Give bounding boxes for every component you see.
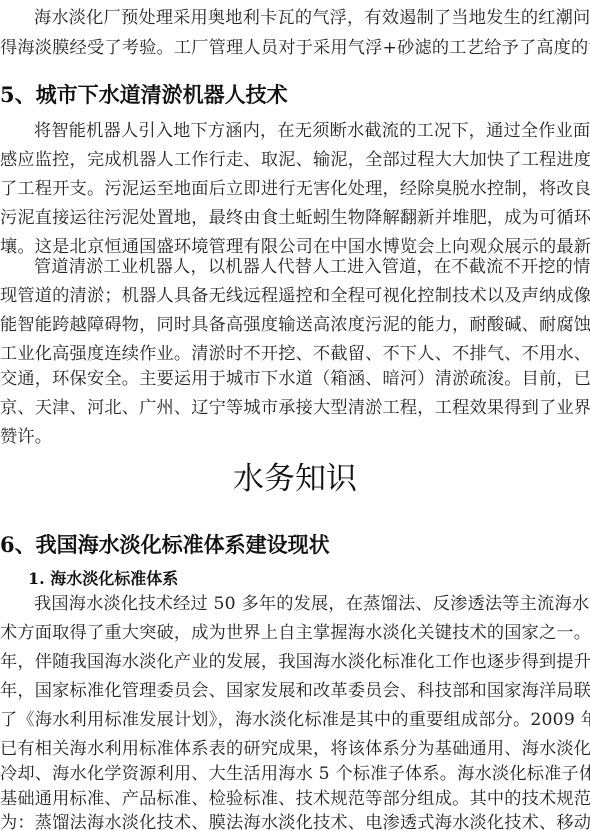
section-5-para-2-line-6: 京、天津、河北、广州、辽宁等城市承接大型清淤工程，工程效果得到了业界认可和 — [0, 398, 590, 418]
column-title: 水务知识 — [0, 460, 590, 498]
section-6-subheading: 1. 海水淡化标准体系 — [28, 569, 178, 589]
section-5-para-2-line-5: 交通，环保安全。主要运用于城市下水道（箱涵、暗河）清淤疏浚。目前，已经在北 — [0, 369, 590, 389]
section-5-para-1-line-4: 污泥直接运往污泥处置地，最终由食土蚯蚓生物降解翻新并堆肥，成为可循环利用土 — [0, 208, 590, 228]
section-5-para-2-line-1: 管道清淤工业机器人，以机器人代替人工进入管道，在不截流不开挖的情况下实 — [34, 257, 590, 277]
section-5-para-1-line-1: 将智能机器人引入地下方涵内，在无须断水截流的工况下，通过全作业面视频及 — [34, 121, 590, 141]
intro-line-2: 得海淡膜经受了考验。工厂管理人员对于采用气浮+砂滤的工艺给予了高度的评价。 — [0, 38, 590, 58]
section-5-para-2-line-2: 现管道的清淤；机器人具备无线远程遥控和全程可视化控制技术以及声纳成像技术， — [0, 286, 590, 306]
section-6-para-line-3: 年，伴随我国海水淡化产业的发展，我国海水淡化标准化工作也逐步得到提升。2006 — [0, 652, 590, 672]
section-6-para-line-1: 我国海水淡化技术经过 50 多年的发展，在蒸馏法、反渗透法等主流海水淡化技 — [34, 594, 590, 614]
section-6-para-line-5: 了《海水利用标准发展计划》，海水淡化标准是其中的重要组成部分。2009 年以来， — [0, 710, 590, 730]
section-6-heading: 6、我国海水淡化标准体系建设现状 — [0, 532, 330, 558]
section-5-heading: 5、城市下水道清淤机器人技术 — [0, 82, 288, 108]
section-5-para-2-line-4: 工业化高强度连续作业。清淤时不开挖、不截留、不下人、不排气、不用水、不影响 — [0, 344, 590, 364]
section-6-para-line-4: 年，国家标准化管理委员会、国家发展和改革委员会、科技部和国家海洋局联合发布 — [0, 681, 590, 701]
section-5-para-1-line-2: 感应监控，完成机器人工作行走、取泥、输泥，全部过程大大加快了工程进度，节约 — [0, 150, 590, 170]
document-page: 海水淡化厂预处理采用奥地利卡瓦的气浮，有效遏制了当地发生的红潮问题，使 得海淡膜… — [0, 0, 590, 831]
section-5-para-2-line-3: 能智能跨越障碍物，同时具备高强度输送高浓度污泥的能力，耐酸碱、耐腐蚀，实现 — [0, 315, 590, 335]
section-5-para-2-line-7: 赞许。 — [0, 427, 590, 447]
section-5-para-1-line-5: 壤。这是北京恒通国盛环境管理有限公司在中国水博览会上向观众展示的最新技术。 — [0, 237, 590, 257]
section-5-para-1-line-3: 了工程开支。污泥运至地面后立即进行无害化处理，经除臭脱水控制，将改良后无臭 — [0, 179, 590, 199]
section-6-para-line-9: 为：蒸馏法海水淡化技术、膜法海水淡化技术、电渗透式海水淡化技术、移动式海水 — [0, 813, 590, 831]
section-6-para-line-2: 术方面取得了重大突破，成为世界上自主掌握海水淡化关键技术的国家之一。近 10 — [0, 623, 590, 643]
section-6-para-line-6: 已有相关海水利用标准体系表的研究成果，将该体系分为基础通用、海水淡化、海水 — [0, 739, 590, 759]
intro-line-1: 海水淡化厂预处理采用奥地利卡瓦的气浮，有效遏制了当地发生的红潮问题，使 — [34, 8, 590, 28]
section-6-para-line-7: 冷却、海水化学资源利用、大生活用海水 5 个标准子体系。海水淡化标准子体系又由 — [0, 764, 590, 784]
section-6-para-line-8: 基础通用标准、产品标准、检验标准、技术规范等部分组成。其中的技术规范又被分 — [0, 789, 590, 809]
